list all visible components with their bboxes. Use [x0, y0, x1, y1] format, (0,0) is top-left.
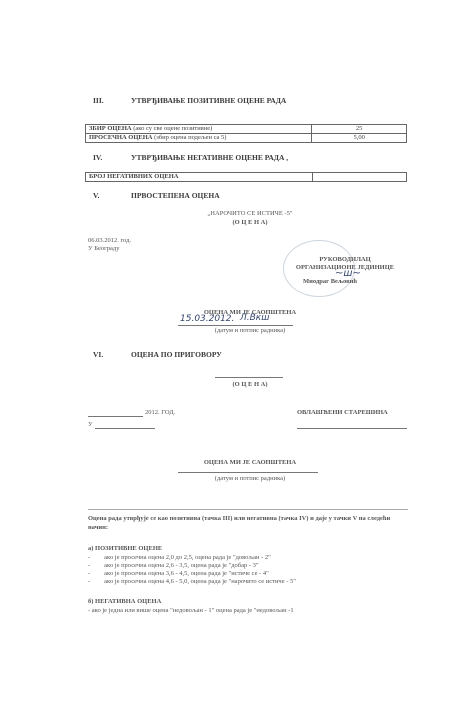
list-item: -ако је просечна оцена 2,6 - 3,5, оцена … — [88, 562, 259, 569]
section-title: ПРВОСТЕПЕНА ОЦЕНА — [131, 191, 220, 200]
notice-caption: (датум и потпис радника) — [180, 327, 320, 334]
place-blank-line — [95, 428, 155, 429]
section-number: IV. — [93, 153, 131, 162]
negative-grade-title: б) НЕГАТИВНА ОЦЕНА — [88, 598, 161, 605]
document-page: III.УТВРЂИВАЊЕ ПОЗИТИВНЕ ОЦЕНЕ РАДА ЗБИР… — [0, 0, 468, 723]
section-number: V. — [93, 191, 131, 200]
section-title: УТВРЂИВАЊЕ НЕГАТИВНЕ ОЦЕНЕ РАДА — [131, 153, 284, 162]
handwritten-date: 15.03.2012. — [180, 314, 234, 324]
list-item: -ако је просечна оцена 2,0 до 2,5, оцена… — [88, 554, 271, 561]
year-label: 2012. ГОД. — [145, 409, 175, 416]
section-number: VI. — [93, 350, 131, 359]
row-label: БРОЈ НЕГАТИВНИХ ОЦЕНА — [86, 173, 313, 182]
positive-score-table: ЗБИР ОЦЕНА (ако су све оцене позитивне) … — [85, 124, 407, 143]
positive-grades-title: а) ПОЗИТИВНЕ ОЦЕНЕ — [88, 545, 162, 552]
section-5-heading: V.ПРВОСТЕПЕНА ОЦЕНА — [93, 191, 220, 200]
signer-title-1: РУКОВОДИЛАЦ — [280, 256, 410, 263]
notice-caption: (датум и потпис радника) — [180, 475, 320, 482]
grade-caption: (О Ц Е Н А) — [170, 219, 330, 226]
negative-score-table: БРОЈ НЕГАТИВНИХ ОЦЕНА — [85, 172, 407, 182]
authorized-officer-label: ОВЛАШЋЕНИ СТАРЕШИНА — [297, 409, 388, 416]
table-row: ПРОСЕЧНА ОЦЕНА (збир оцена подељен са 5)… — [86, 134, 407, 143]
row-note: (збир оцена подељен са 5) — [153, 134, 227, 141]
date-blank-line — [88, 416, 143, 417]
table-row: БРОЈ НЕГАТИВНИХ ОЦЕНА — [86, 173, 407, 182]
employee-signature: Л.Вкш — [240, 313, 269, 323]
list-item: - ако је једна или више оцена "недовољан… — [88, 607, 294, 614]
negative-count-value — [312, 173, 406, 182]
appeal-grade-line — [215, 377, 283, 378]
footer-intro: Оцена рада утврђује се као позитивна (та… — [88, 514, 410, 532]
average-score-value: 5,00 — [312, 134, 407, 143]
score-sum-value: 25 — [312, 125, 407, 134]
list-item-text: ако је просечна оцена 3,6 - 4,5, оцена р… — [104, 570, 269, 577]
list-item-text: ако је просечна оцена 4,6 - 5,0, оцена р… — [104, 578, 296, 585]
signature-line — [178, 325, 293, 326]
section-3-heading: III.УТВРЂИВАЊЕ ПОЗИТИВНЕ ОЦЕНЕ РАДА — [93, 96, 286, 105]
signature-line — [178, 472, 318, 473]
grade-caption: (О Ц Е Н А) — [200, 381, 300, 388]
evaluation-place: У Београду — [88, 245, 119, 252]
list-item: -ако је просечна оцена 4,6 - 5,0, оцена … — [88, 578, 296, 585]
section-number: III. — [93, 96, 131, 105]
place-prefix: У — [88, 421, 93, 428]
handwritten-mark: , — [286, 153, 288, 162]
list-item: -ако је просечна оцена 3,6 - 4,5, оцена … — [88, 570, 269, 577]
table-row: ЗБИР ОЦЕНА (ако су све оцене позитивне) … — [86, 125, 407, 134]
section-title: УТВРЂИВАЊЕ ПОЗИТИВНЕ ОЦЕНЕ РАДА — [131, 96, 286, 105]
notice-label: ОЦЕНА МИ ЈЕ САОПШТЕНА — [180, 459, 320, 466]
footer-divider — [88, 509, 408, 510]
section-title: ОЦЕНА ПО ПРИГОВОРУ — [131, 350, 222, 359]
section-4-heading: IV.УТВРЂИВАЊЕ НЕГАТИВНЕ ОЦЕНЕ РАДА , — [93, 153, 288, 162]
officer-signature-line — [297, 428, 407, 429]
row-label: ЗБИР ОЦЕНА — [89, 125, 132, 132]
row-label: ПРОСЕЧНА ОЦЕНА — [89, 134, 153, 141]
signature: ~ш~ — [335, 268, 361, 279]
section-6-heading: VI.ОЦЕНА ПО ПРИГОВОРУ — [93, 350, 222, 359]
first-instance-grade: „НАРОЧИТО СЕ ИСТИЧЕ -5" — [170, 210, 330, 217]
signer-name: Миодраг Вељовић — [280, 278, 380, 285]
evaluation-date: 06.03.2012. год. — [88, 237, 131, 244]
list-item-text: ако је просечна оцена 2,6 - 3,5, оцена р… — [104, 562, 258, 569]
list-item-text: ако је просечна оцена 2,0 до 2,5, оцена … — [104, 554, 271, 561]
row-note: (ако су све оцене позитивне) — [132, 125, 213, 132]
